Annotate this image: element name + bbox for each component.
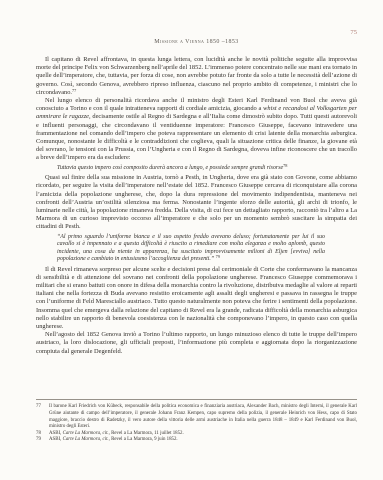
footnote-79-number: 79: [36, 437, 49, 444]
paragraph-2-text-b: , decisamente ostile al Regno di Sardegn…: [36, 113, 357, 161]
paragraph-2: Nel lungo elenco di personalità ricordav…: [36, 97, 357, 163]
paragraph-4-text: Il di Revel rimaneva sorpreso per alcune…: [36, 266, 357, 330]
body-text: Il capitano di Revel affrontava, in ques…: [36, 56, 357, 356]
paragraph-3: Quasi sul finire della sua missione in A…: [36, 174, 357, 231]
block-quote-1: Tuttavia questo impero così composito du…: [57, 165, 325, 173]
document-page: Missione a Vienna 1850 –1853 75 Il capit…: [0, 0, 383, 480]
footnote-78-text-a: ASBI,: [49, 431, 63, 436]
footnote-ref-77: 77: [72, 88, 76, 93]
page-number: 75: [350, 29, 357, 36]
footnote-77: 77 Il barone Karl Friedrich von Kübeck, …: [36, 404, 357, 430]
footnote-77-text: Il barone Karl Friedrich von Kübeck, res…: [49, 404, 357, 430]
footnotes-section: 77 Il barone Karl Friedrich von Kübeck, …: [36, 399, 357, 470]
block-quote-2: “Al primo sguardo l’uniforme bianca e il…: [57, 234, 325, 264]
footnote-79-text-a: ASBI,: [49, 437, 63, 442]
paragraph-1: Il capitano di Revel affrontava, in ques…: [36, 56, 357, 97]
footnote-78-text: ASBI, Carte La Marmora, cit., Revel a La…: [49, 431, 357, 438]
footnote-ref-79: 79: [216, 254, 220, 259]
footnote-79: 79 ASBI, Carte La Marmora, cit., Revel a…: [36, 437, 357, 444]
footnote-79-text: ASBI, Carte La Marmora, cit., Revel a La…: [49, 437, 357, 444]
footnote-ref-78: 78: [283, 163, 287, 168]
page-header: Missione a Vienna 1850 –1853 75: [36, 30, 357, 40]
paragraph-5: Nell’agosto del 1852 Genova inviò a Tori…: [36, 331, 357, 356]
footnote-79-source-italic: Carte La Marmora, cit.: [63, 437, 109, 442]
footnote-divider: [36, 399, 357, 400]
footnote-77-number: 77: [36, 404, 49, 430]
block-quote-1-text: Tuttavia questo impero così composito du…: [57, 165, 283, 171]
footnote-79-text-b: , Revel a La Marmora, 9 juin 1852.: [109, 437, 178, 442]
footnote-78-number: 78: [36, 431, 49, 438]
paragraph-5-text: Nell’agosto del 1852 Genova inviò a Tori…: [36, 331, 357, 354]
footnote-78-text-b: , Revel a La Marmora, 11 juillet 1852.: [109, 431, 184, 436]
footnote-78-source-italic: Carte La Marmora, cit.: [63, 431, 109, 436]
paragraph-4: Il di Revel rimaneva sorpreso per alcune…: [36, 266, 357, 332]
paragraph-3-text: Quasi sul finire della sua missione in A…: [36, 174, 357, 230]
block-quote-2-text: “Al primo sguardo l’uniforme bianca e il…: [57, 234, 325, 263]
running-title: Missione a Vienna 1850 –1853: [154, 39, 238, 45]
paragraph-1-text: Il capitano di Revel affrontava, in ques…: [36, 56, 357, 96]
footnote-78: 78 ASBI, Carte La Marmora, cit., Revel a…: [36, 431, 357, 438]
